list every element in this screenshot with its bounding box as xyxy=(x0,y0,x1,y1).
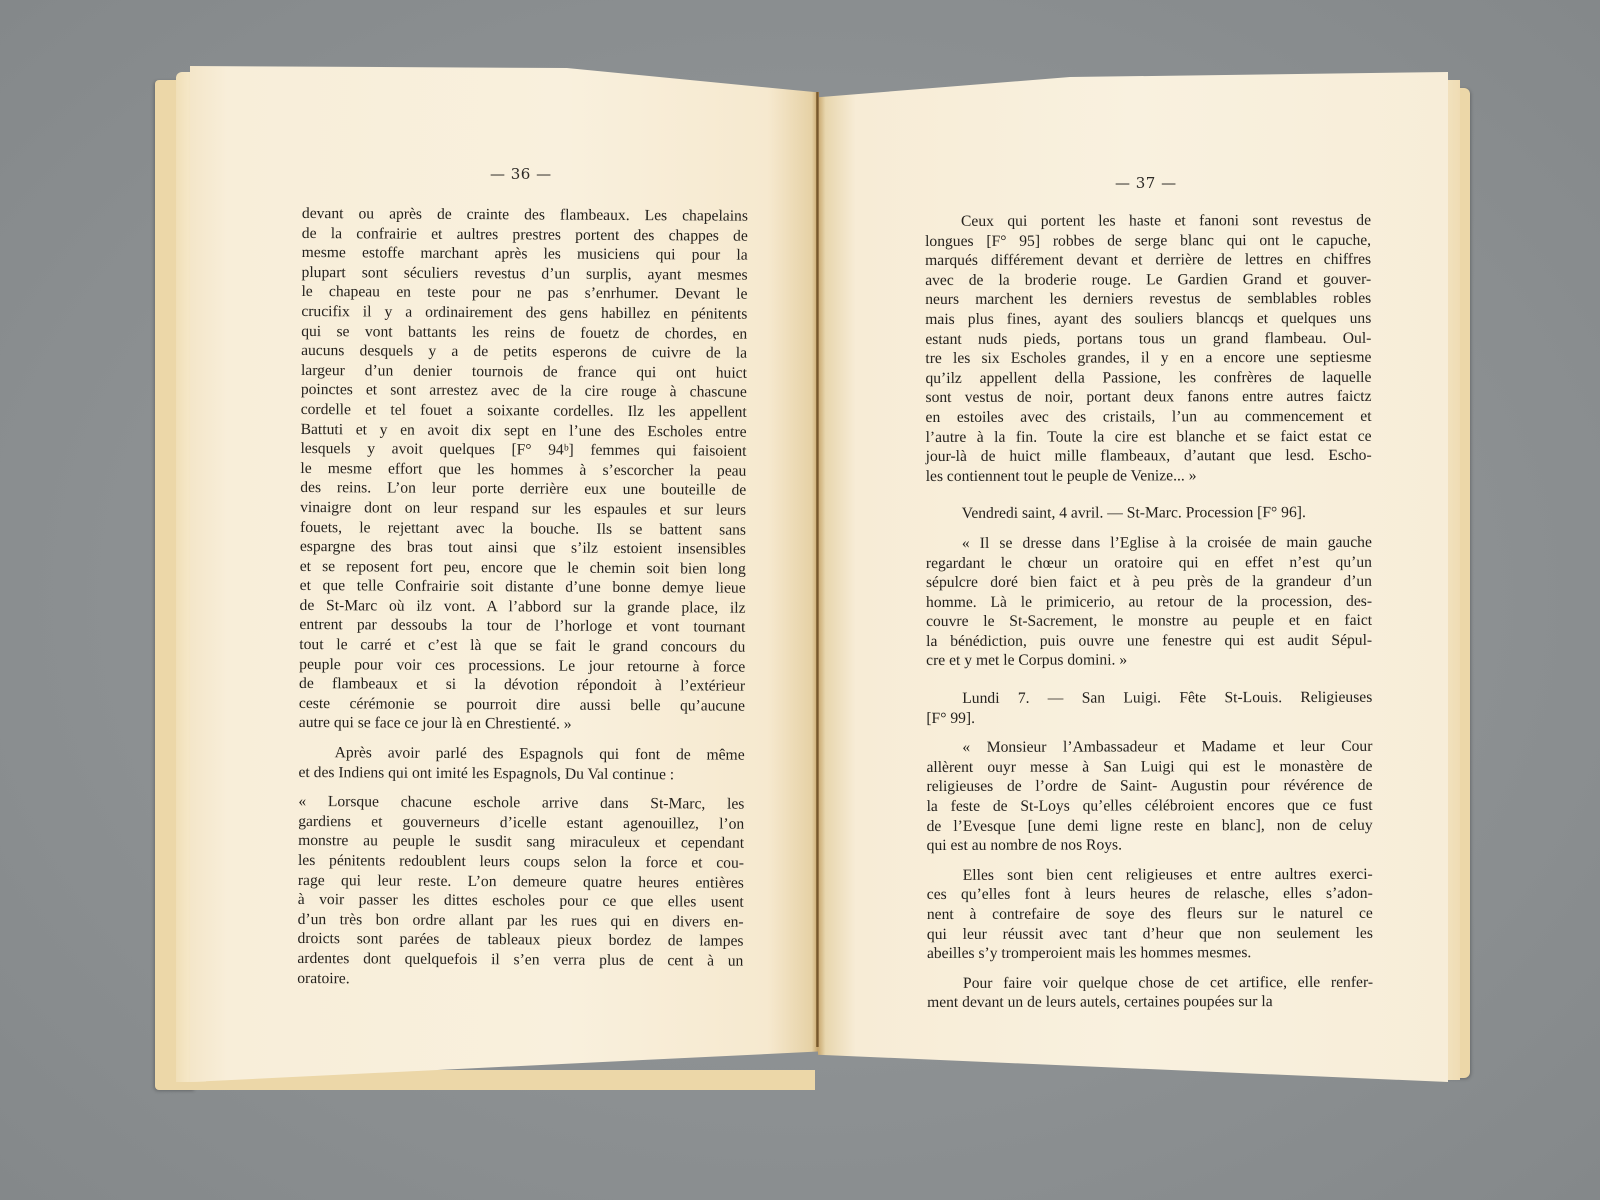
text-line: « Lorsque chacune eschole arrive dans St… xyxy=(298,792,744,814)
text-line: cre et y met le Corpus domini. » xyxy=(926,650,1372,671)
right-page-body-text: Ceux qui portent les haste et fanoni son… xyxy=(925,211,1373,1013)
paragraph: Ceux qui portent les haste et fanoni son… xyxy=(925,211,1372,486)
text-line: gardiens et gouverneurs d’icelle estant … xyxy=(298,812,744,834)
text-line: qu’ilz appellent della Passione, les con… xyxy=(925,368,1371,389)
paragraph: Pour faire voir quelque chose de cet art… xyxy=(927,973,1373,1013)
text-line: ardentes dont quelquefois il s’en verra … xyxy=(297,949,743,971)
text-line: nent à contrefaire de soye des fleurs su… xyxy=(927,904,1373,925)
text-line: la bénédiction, puis ouvre une fenestre … xyxy=(926,631,1372,652)
text-line: plupart sont séculiers revestus d’un sur… xyxy=(302,263,748,285)
text-line: Vendredi saint, 4 avril. — St-Marc. Proc… xyxy=(926,503,1372,524)
text-line: et se reposent fort peu, encore que le c… xyxy=(300,557,746,579)
left-page-body-text: devant ou après de crainte des flambeaux… xyxy=(297,204,748,991)
text-line: ment devant un de leurs autels, certaine… xyxy=(927,992,1373,1013)
text-line: Battuti et y en avoit dix sept en l’une … xyxy=(301,420,747,442)
text-line: de l’Evesque [une demi ligne reste en bl… xyxy=(927,815,1373,836)
text-line: couvre le St-Sacrement, le monstre au pe… xyxy=(926,611,1372,632)
text-line: de flambeaux et si la dévotion répondoit… xyxy=(299,674,745,696)
text-line: Elles sont bien cent religieuses et entr… xyxy=(927,865,1373,886)
text-line: crucifix il y a ordinairement des gens h… xyxy=(301,302,747,324)
paragraph: « Il se dresse dans l’Eglise à la croisé… xyxy=(926,533,1372,671)
paragraph: « Lorsque chacune eschole arrive dans St… xyxy=(297,792,744,991)
text-line: Lundi 7. — San Luigi. Fête St-Louis. Rel… xyxy=(926,688,1372,709)
text-line: qui leur réussit avec tant d’heur que no… xyxy=(927,923,1373,944)
text-line: de St-Marc où ilz vont. A l’abbord sur l… xyxy=(299,596,745,618)
text-line: longues [F° 95] robbes de serge blanc qu… xyxy=(925,230,1371,251)
text-line: Après avoir parlé des Espagnols qui font… xyxy=(299,743,745,765)
text-line: homme. Là le primicerio, au retour de la… xyxy=(926,592,1372,613)
text-line: monstre au peuple le susdit sang miracul… xyxy=(298,831,744,853)
text-line: tout le carré et c’est là que se fait le… xyxy=(299,635,745,657)
text-line: largeur d’un denier tournois de france q… xyxy=(301,361,747,383)
text-line: allèrent ouyr messe à San Luigi qui est … xyxy=(926,757,1372,778)
text-line: autre qui se face ce jour là en Chrestie… xyxy=(299,713,745,735)
text-line: sont vestus de noir, portant deux fanons… xyxy=(925,387,1371,408)
text-line: tre les six Escholes grandes, il y en a … xyxy=(925,348,1371,369)
text-line: aucuns desquels y a de petits esperons d… xyxy=(301,341,747,363)
text-line: Pour faire voir quelque chose de cet art… xyxy=(927,973,1373,994)
section-heading: Lundi 7. — San Luigi. Fête St-Louis. Rel… xyxy=(926,688,1372,728)
book-gutter xyxy=(816,92,819,1047)
text-line: « Il se dresse dans l’Eglise à la croisé… xyxy=(926,533,1372,554)
text-line: à voir passer les dittes escholes pour c… xyxy=(298,890,744,912)
text-line: d’un très bon ordre allant par les rues … xyxy=(298,910,744,932)
text-line: de la confrairie et aultres prestres por… xyxy=(302,224,748,246)
text-line: avec de la broderie rouge. Le Gardien Gr… xyxy=(925,270,1371,291)
text-line: des reins. L’on leur porte derrière eux … xyxy=(300,478,746,500)
text-line: ceste cérémonie se pourroit dire aussi b… xyxy=(299,694,745,716)
text-line: oratoire. xyxy=(297,969,743,991)
text-line: espargne des bras tout ainsi que s’ilz e… xyxy=(300,537,746,559)
paragraph: devant ou après de crainte des flambeaux… xyxy=(299,204,748,736)
text-line: peuple pour voir ces processions. Le jou… xyxy=(299,655,745,677)
section-heading: Vendredi saint, 4 avril. — St-Marc. Proc… xyxy=(926,503,1372,524)
paragraph: Elles sont bien cent religieuses et entr… xyxy=(927,865,1373,964)
text-line: Ceux qui portent les haste et fanoni son… xyxy=(925,211,1371,232)
text-line: le chapeau en teste pour ne pas s’enrhum… xyxy=(301,282,747,304)
page-number-left: — 36 — xyxy=(490,165,552,183)
text-line: neurs marchent les derniers revestus de … xyxy=(925,289,1371,310)
text-line: droicts sont parées de tableaux pieux bo… xyxy=(297,929,743,951)
text-line: ces qu’elles font à leurs heures de rela… xyxy=(927,884,1373,905)
text-line: l’autre à la fin. Toute la cire est blan… xyxy=(926,426,1372,447)
text-line: mesme estoffe marchant après les musicie… xyxy=(302,243,748,265)
page-number-right: — 37 — xyxy=(1115,174,1177,192)
text-line: rage qui leur reste. L’on demeure quatre… xyxy=(298,871,744,893)
text-line: les pénitents redoublent leurs coups sel… xyxy=(298,851,744,873)
paragraph: Après avoir parlé des Espagnols qui font… xyxy=(298,743,744,785)
text-line: vinaigre dont on leur respand sur les es… xyxy=(300,498,746,520)
text-line: religieuses de l’ordre de Saint- Augusti… xyxy=(926,776,1372,797)
paragraph: « Monsieur l’Ambassadeur et Madame et le… xyxy=(926,737,1372,856)
text-line: en estoiles avec des cristails, l’un au … xyxy=(926,407,1372,428)
text-line: le mesme effort que les hommes à s’escor… xyxy=(300,459,746,481)
text-line: qui se vont battants les reins de fouetz… xyxy=(301,322,747,344)
text-line: et que telle Confrairie soit distante d’… xyxy=(300,576,746,598)
text-line: poinctes et sont arrestez avec de la cir… xyxy=(301,380,747,402)
text-line: qui est au nombre de nos Roys. xyxy=(927,835,1373,856)
text-line: marqués différement devant et derrière d… xyxy=(925,250,1371,271)
text-line: et des Indiens qui ont imité les Espagno… xyxy=(298,763,744,785)
text-line: entrent par dessoubs la tour de l’horlog… xyxy=(299,615,745,637)
text-line: sépulcre doré bien faict et à peu près d… xyxy=(926,572,1372,593)
text-line: lesquels y avoit quelques [F° 94ᵇ] femme… xyxy=(300,439,746,461)
text-line: abeilles s’y tromperoient mais les homme… xyxy=(927,943,1373,964)
text-line: les contiennent tout le peuple de Venize… xyxy=(926,466,1372,487)
text-line: fouets, le rejettant avec la bouche. Ils… xyxy=(300,517,746,539)
text-line: cordelle et tel fouet a soixante cordell… xyxy=(301,400,747,422)
text-line: devant ou après de crainte des flambeaux… xyxy=(302,204,748,226)
text-line: mais plus fines, ayant des souliers blan… xyxy=(925,309,1371,330)
text-line: regardant le chœur un oratoire qui en ef… xyxy=(926,552,1372,573)
text-line: jour-là de huict mille flambeaux, d’auta… xyxy=(926,446,1372,467)
text-line: la feste de St-Loys qu’elles célébroient… xyxy=(927,796,1373,817)
text-line: [F° 99]. xyxy=(926,707,1372,728)
text-line: « Monsieur l’Ambassadeur et Madame et le… xyxy=(926,737,1372,758)
text-line: estant nuds pieds, portans tous un grand… xyxy=(925,328,1371,349)
